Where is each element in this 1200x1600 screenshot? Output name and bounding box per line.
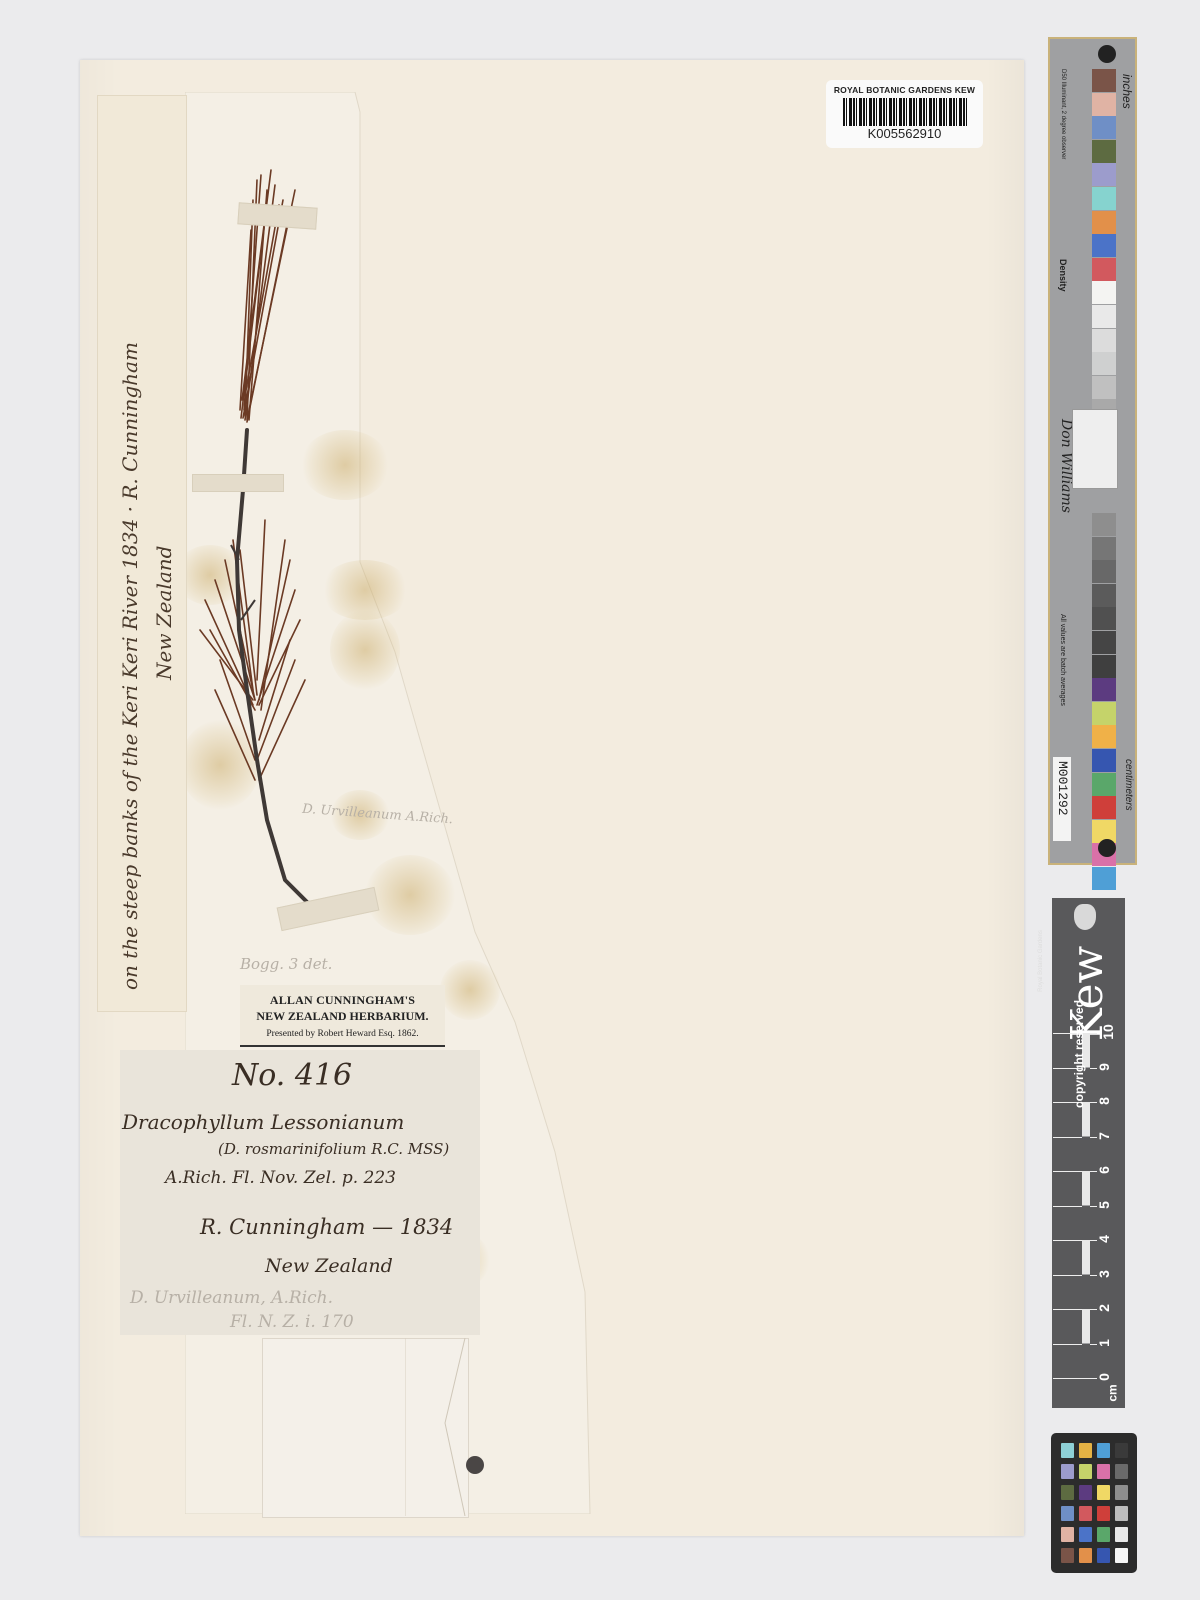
strip-label-line2: New Zealand bbox=[152, 546, 176, 680]
checker-chip bbox=[1061, 1548, 1074, 1563]
scale-tick bbox=[1053, 1137, 1097, 1138]
strip-label-line1: on the steep banks of the Keri Keri Rive… bbox=[118, 342, 142, 990]
color-patch bbox=[1092, 93, 1116, 116]
checker-chip bbox=[1115, 1464, 1128, 1479]
checker-chip bbox=[1097, 1506, 1110, 1521]
color-patch bbox=[1092, 281, 1116, 304]
locality: New Zealand bbox=[265, 1255, 393, 1277]
checker-chip bbox=[1061, 1485, 1074, 1500]
scale-number: 1 bbox=[1096, 1339, 1112, 1347]
checker-chip bbox=[1079, 1485, 1092, 1500]
ruler-hole-top bbox=[1098, 45, 1116, 63]
color-patch bbox=[1092, 584, 1116, 607]
handwritten-determination-label: No. 416 Dracophyllum Lessonianum (D. ros… bbox=[120, 1050, 480, 1335]
scale-number: 0 bbox=[1096, 1373, 1112, 1381]
scale-tick bbox=[1053, 1378, 1097, 1379]
color-patch bbox=[1092, 352, 1116, 375]
label-line-3: Presented by Robert Heward Esq. 1862. bbox=[240, 1029, 445, 1039]
scale-tick bbox=[1053, 1275, 1097, 1276]
checker-chip bbox=[1097, 1443, 1110, 1458]
scale-number: 2 bbox=[1096, 1304, 1112, 1312]
checker-chip bbox=[1079, 1443, 1092, 1458]
ink-blot bbox=[466, 1456, 484, 1474]
checker-chip bbox=[1061, 1464, 1074, 1479]
scale-number: 8 bbox=[1096, 1097, 1112, 1105]
color-patch bbox=[1092, 607, 1116, 630]
checker-chip bbox=[1115, 1485, 1128, 1500]
packet-flap[interactable] bbox=[405, 1338, 467, 1516]
color-patch bbox=[1092, 655, 1116, 678]
color-patch bbox=[1092, 725, 1116, 748]
kew-scale-bar: Kew Royal Botanic Gardens 012345678910 c… bbox=[1052, 898, 1125, 1408]
scale-number: 6 bbox=[1096, 1166, 1112, 1174]
color-patch bbox=[1092, 234, 1116, 257]
checker-chip bbox=[1097, 1548, 1110, 1563]
scale-number: 9 bbox=[1096, 1063, 1112, 1071]
copyright-text: copyright reserved bbox=[1072, 1000, 1086, 1108]
checker-chip bbox=[1079, 1548, 1092, 1563]
checker-chip bbox=[1061, 1506, 1074, 1521]
color-patch bbox=[1092, 678, 1116, 701]
kew-crest-icon bbox=[1074, 904, 1096, 930]
color-patch bbox=[1092, 560, 1116, 583]
scale-tick bbox=[1053, 1240, 1097, 1241]
scale-tick bbox=[1053, 1309, 1097, 1310]
scale-number: 5 bbox=[1096, 1201, 1112, 1209]
color-patch bbox=[1092, 116, 1116, 139]
color-patch bbox=[1092, 631, 1116, 654]
checker-chip bbox=[1115, 1548, 1128, 1563]
color-patch bbox=[1092, 211, 1116, 234]
printed-herbarium-label: ALLAN CUNNINGHAM'S NEW ZEALAND HERBARIUM… bbox=[240, 985, 445, 1047]
pencil-determination: D. Urvilleanum, A.Rich. bbox=[130, 1288, 333, 1308]
unit-inches-label: inches bbox=[1120, 74, 1134, 109]
pencil-annotation-det: Bogg. 3 det. bbox=[240, 955, 332, 973]
mounting-tape bbox=[192, 474, 284, 492]
scale-number: 3 bbox=[1096, 1270, 1112, 1278]
color-calibration-ruler: inches D50 Illuminant, 2 degree observer… bbox=[1048, 37, 1137, 865]
label-line-1: ALLAN CUNNINGHAM'S bbox=[240, 993, 445, 1008]
barcode bbox=[843, 98, 967, 126]
unit-centimeters-label: centimeters bbox=[1123, 759, 1134, 811]
color-patch bbox=[1092, 140, 1116, 163]
color-patch bbox=[1092, 69, 1116, 92]
scale-tick bbox=[1053, 1206, 1097, 1207]
pencil-reference: Fl. N. Z. i. 170 bbox=[230, 1312, 354, 1332]
batch-note: All values are batch averages bbox=[1059, 614, 1066, 706]
checker-chip bbox=[1097, 1485, 1110, 1500]
color-patch bbox=[1092, 258, 1116, 281]
density-label: Density bbox=[1058, 259, 1068, 292]
stain bbox=[440, 960, 500, 1020]
specimen-number: No. 416 bbox=[232, 1058, 352, 1093]
scale-tick bbox=[1053, 1171, 1097, 1172]
citation: A.Rich. Fl. Nov. Zel. p. 223 bbox=[165, 1168, 396, 1188]
scale-number: 7 bbox=[1096, 1132, 1112, 1140]
color-patch bbox=[1092, 796, 1116, 819]
barcode-number: K005562910 bbox=[826, 126, 983, 141]
checker-chip bbox=[1097, 1527, 1110, 1542]
color-patch bbox=[1092, 749, 1116, 772]
checker-chip bbox=[1079, 1527, 1092, 1542]
color-patch bbox=[1092, 329, 1116, 352]
institution-name: ROYAL BOTANIC GARDENS KEW bbox=[826, 85, 983, 95]
collector: R. Cunningham — 1834 bbox=[200, 1215, 453, 1239]
checker-chip bbox=[1115, 1506, 1128, 1521]
checker-chip bbox=[1097, 1464, 1110, 1479]
color-patch bbox=[1092, 702, 1116, 725]
illuminant-note: D50 Illuminant, 2 degree observer bbox=[1060, 69, 1066, 159]
color-patch bbox=[1092, 773, 1116, 796]
synonym: (D. rosmarinifolium R.C. MSS) bbox=[218, 1140, 449, 1158]
taxon-name: Dracophyllum Lessonianum bbox=[122, 1110, 404, 1134]
barcode-label: ROYAL BOTANIC GARDENS KEW K005562910 bbox=[826, 80, 983, 148]
checker-chip bbox=[1079, 1506, 1092, 1521]
ruler-id: M001292 bbox=[1055, 761, 1070, 816]
checker-chip bbox=[1115, 1527, 1128, 1542]
scale-number: 10 bbox=[1100, 1024, 1116, 1040]
color-patch bbox=[1092, 376, 1116, 399]
label-line-2: NEW ZEALAND HERBARIUM. bbox=[240, 1009, 445, 1024]
color-patch bbox=[1092, 867, 1116, 890]
ruler-reference-image bbox=[1072, 409, 1118, 489]
scale-number: 4 bbox=[1096, 1235, 1112, 1243]
checker-chip bbox=[1079, 1464, 1092, 1479]
ruler-hole-bottom bbox=[1098, 839, 1116, 857]
checker-chip bbox=[1061, 1527, 1074, 1542]
color-patch bbox=[1092, 305, 1116, 328]
checker-chip bbox=[1061, 1443, 1074, 1458]
checker-chip bbox=[1115, 1443, 1128, 1458]
color-patch bbox=[1092, 163, 1116, 186]
kew-subtitle: Royal Botanic Gardens bbox=[1038, 930, 1044, 992]
strip-text-container: on the steep banks of the Keri Keri Rive… bbox=[100, 100, 184, 1005]
color-checker-card bbox=[1051, 1433, 1137, 1573]
color-patch bbox=[1092, 187, 1116, 210]
cm-unit-label: cm bbox=[1106, 1384, 1120, 1401]
color-patch bbox=[1092, 513, 1116, 536]
scale-tick bbox=[1053, 1344, 1097, 1345]
color-patch bbox=[1092, 537, 1116, 560]
